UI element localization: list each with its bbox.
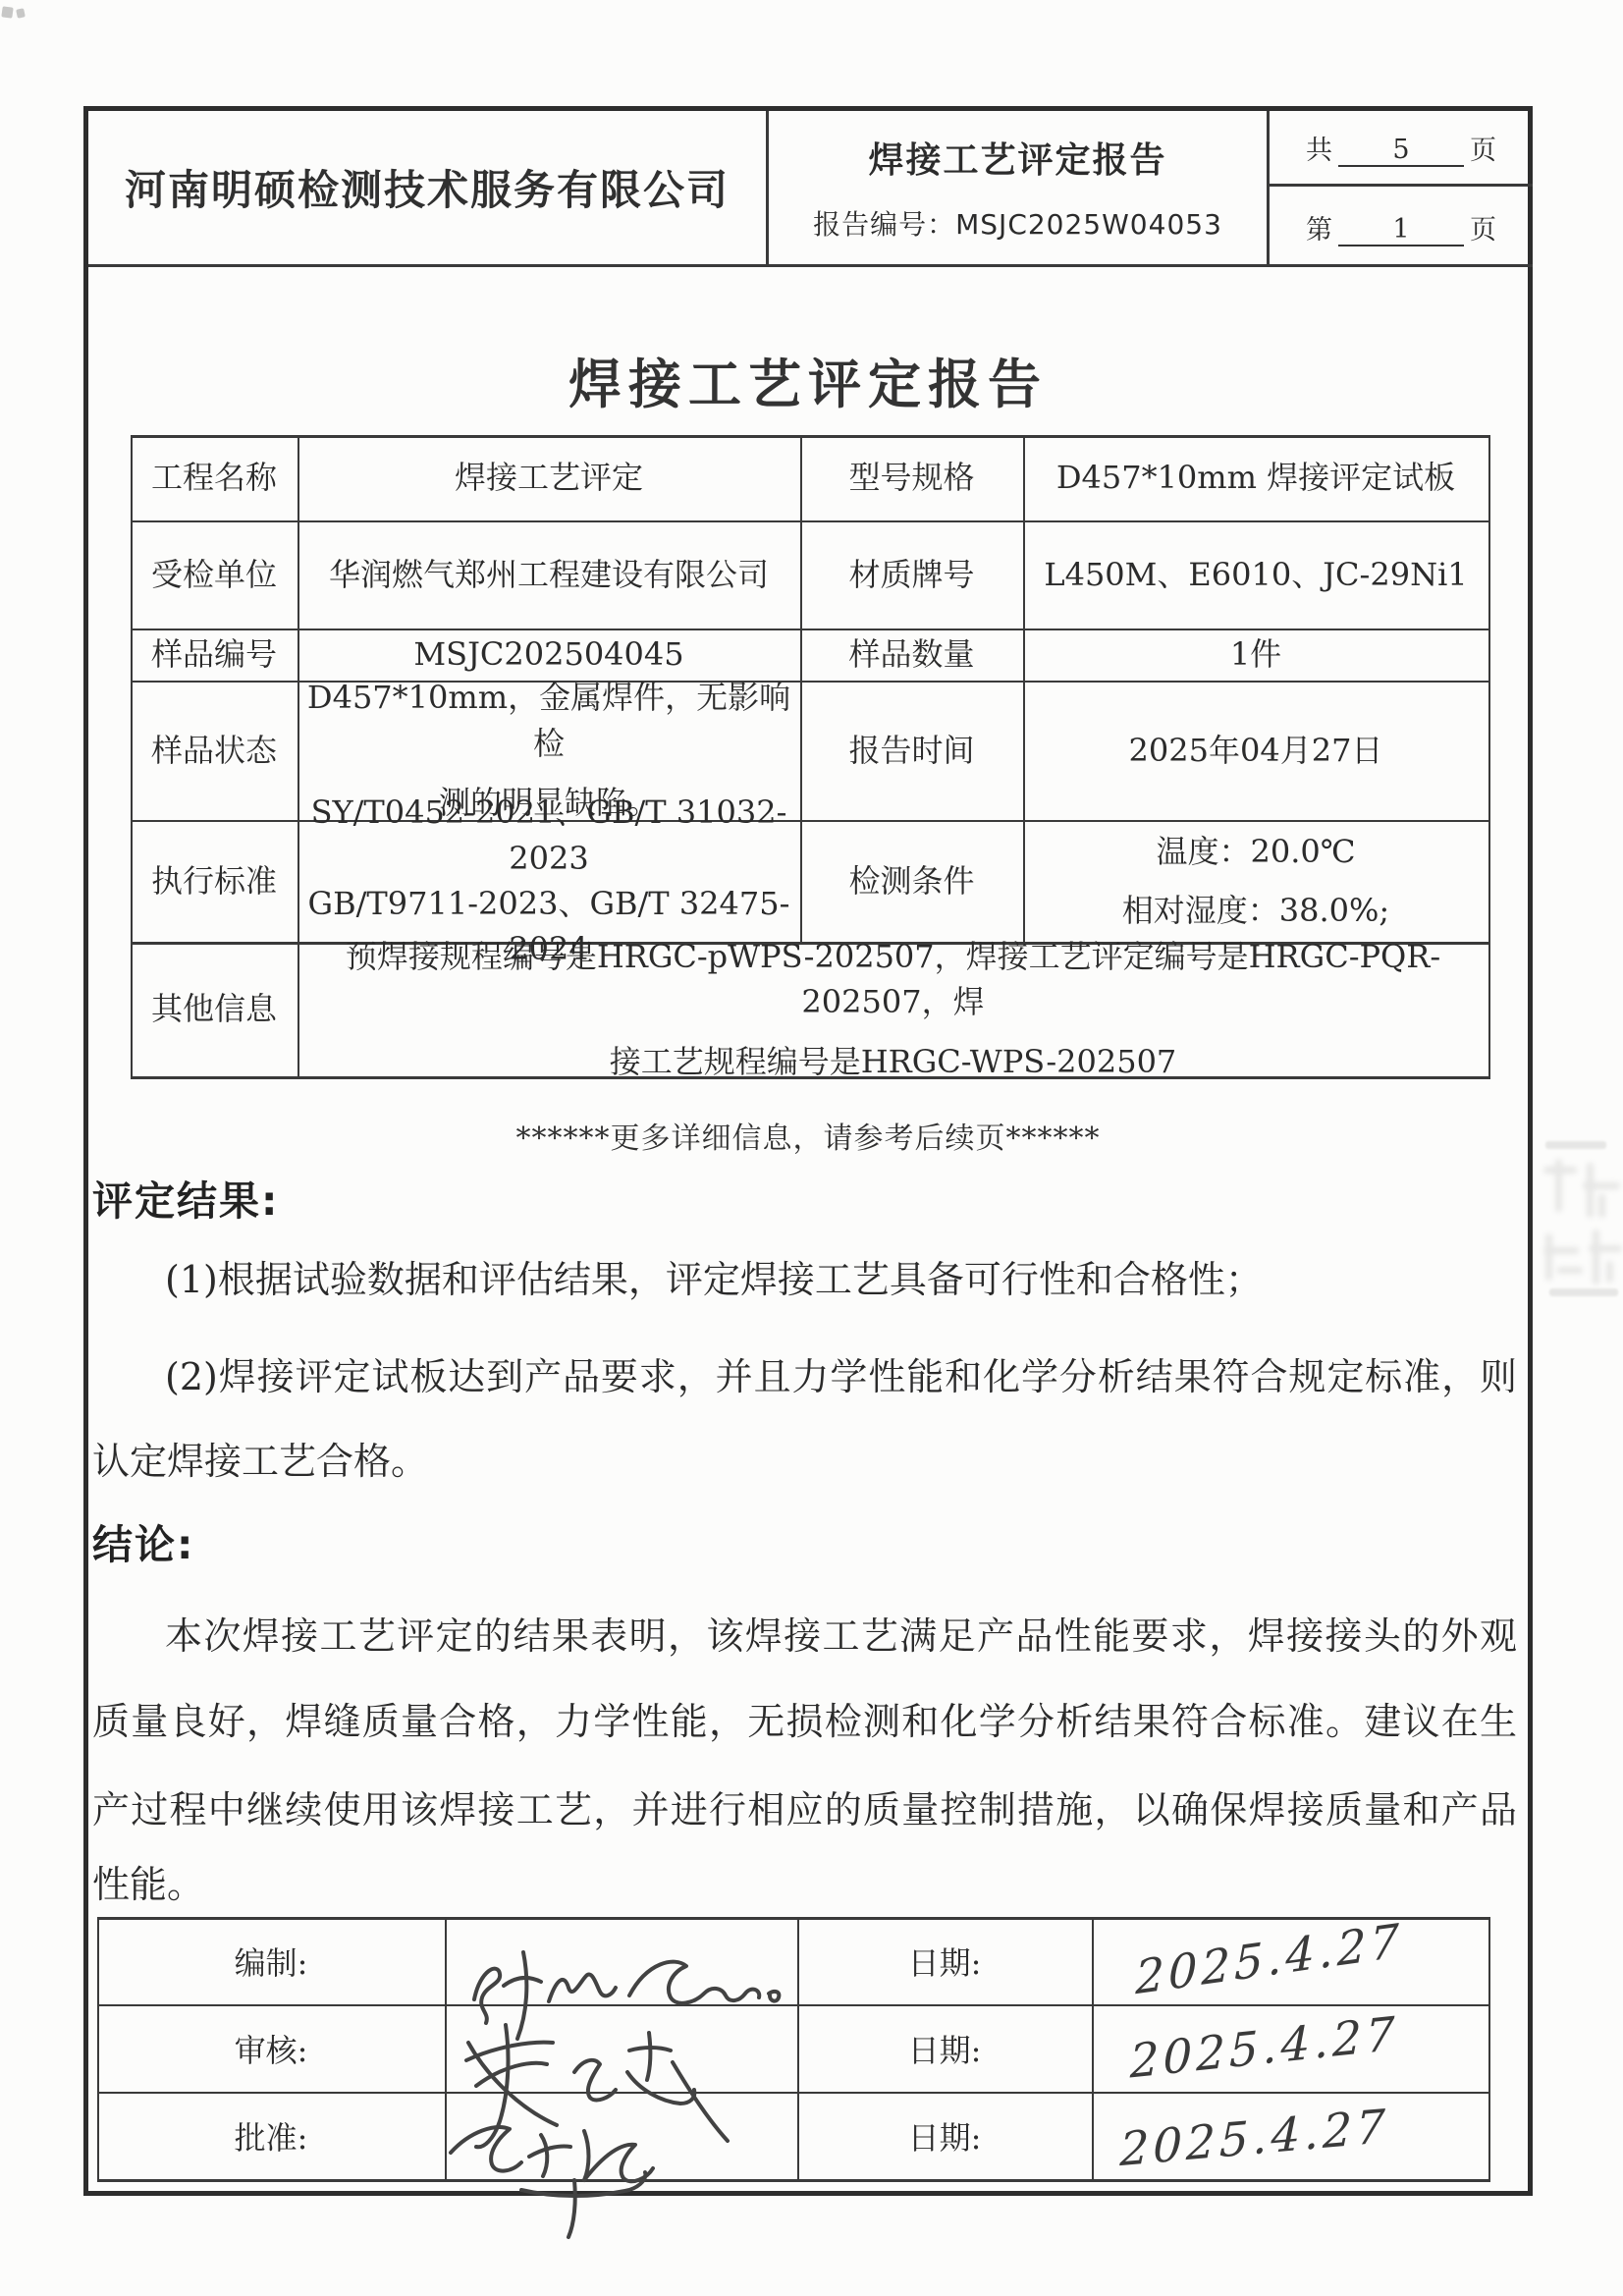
pages-unit: 页 bbox=[1470, 208, 1496, 246]
total-pages-label: 共 bbox=[1306, 129, 1332, 167]
label-sample-condition: 样品状态 bbox=[131, 681, 298, 820]
scan-speck-artifact bbox=[1, 6, 13, 18]
value-inspected-unit: 华润燃气郑州工程建设有限公司 bbox=[298, 520, 800, 629]
temperature-value: 温度：20.0℃ bbox=[1156, 829, 1355, 874]
assessment-heading: 评定结果: bbox=[92, 1169, 279, 1227]
label-inspected-unit: 受检单位 bbox=[131, 520, 298, 629]
value-other-info: 预焊接规程编号是HRGC-pWPS-202507，焊接工艺评定编号是HRGC-P… bbox=[298, 942, 1488, 1076]
label-report-date: 报告时间 bbox=[800, 681, 1023, 820]
current-page: 第 1 页 bbox=[1270, 208, 1533, 246]
bleedthrough-artifact bbox=[1543, 1228, 1623, 1286]
total-pages-value: 5 bbox=[1338, 136, 1464, 167]
bleedthrough-artifact bbox=[1540, 1159, 1623, 1220]
standards-line1: SY/T0452-2021、GB/T 31032-2023 bbox=[298, 790, 800, 881]
report-number-label: 报告编号： bbox=[813, 208, 955, 241]
total-pages: 共 5 页 bbox=[1270, 129, 1533, 167]
label-date-1: 日期: bbox=[797, 1917, 1092, 2004]
label-sample-number: 样品编号 bbox=[131, 629, 298, 681]
header-current-page-cell: 第 1 页 bbox=[1270, 190, 1533, 267]
bleedthrough-artifact bbox=[1545, 1141, 1606, 1149]
label-approved-by: 批准: bbox=[97, 2092, 445, 2179]
conclusion-heading: 结论: bbox=[92, 1512, 194, 1570]
header-total-pages-cell: 共 5 页 bbox=[1270, 111, 1533, 187]
label-prepared-by: 编制: bbox=[97, 1917, 445, 2004]
header-company-cell: 河南明硕检测技术服务有限公司 bbox=[88, 111, 769, 267]
current-page-value: 1 bbox=[1338, 215, 1464, 246]
conclusion-line3: 产过程中继续使用该焊接工艺，并进行相应的质量控制措施，以确保焊接质量和产品 bbox=[92, 1779, 1517, 1833]
scan-speck-artifact bbox=[16, 8, 26, 18]
pages-unit: 页 bbox=[1470, 129, 1496, 167]
other-info-line2: 接工艺规程编号是HRGC-WPS-202507 bbox=[610, 1039, 1177, 1084]
report-number: 报告编号：MSJC2025W04053 bbox=[813, 203, 1222, 243]
conclusion-line1: 本次焊接工艺评定的结果表明，该焊接工艺满足产品性能要求，焊接接头的外观 bbox=[165, 1606, 1517, 1660]
other-info-line1: 预焊接规程编号是HRGC-pWPS-202507，焊接工艺评定编号是HRGC-P… bbox=[298, 934, 1488, 1025]
value-sample-number: MSJC202504045 bbox=[298, 629, 800, 681]
humidity-value: 相对湿度：38.0%; bbox=[1122, 888, 1389, 933]
label-material-grade: 材质牌号 bbox=[800, 520, 1023, 629]
sample-condition-line1: D457*10mm，金属焊件，无影响检 bbox=[298, 675, 800, 766]
label-project-name: 工程名称 bbox=[131, 435, 298, 520]
conclusion-line4: 性能。 bbox=[92, 1854, 204, 1908]
signature-approved-by-handwriting bbox=[427, 2098, 682, 2215]
value-model-spec: D457*10mm 焊接评定试板 bbox=[1023, 435, 1488, 520]
table-line bbox=[1488, 1917, 1490, 2179]
assessment-line2: (2)焊接评定试板达到产品要求，并且力学性能和化学分析结果符合规定标准，则 bbox=[165, 1346, 1517, 1400]
table-line bbox=[1488, 435, 1490, 1076]
header-doc-type: 焊接工艺评定报告 bbox=[868, 133, 1166, 183]
report-page: 河南明硕检测技术服务有限公司 焊接工艺评定报告 报告编号：MSJC2025W04… bbox=[0, 0, 1623, 2296]
value-material-grade: L450M、E6010、JC-29Ni1 bbox=[1023, 520, 1488, 629]
company-name: 河南明硕检测技术服务有限公司 bbox=[125, 158, 730, 217]
value-report-date: 2025年04月27日 bbox=[1023, 681, 1488, 820]
value-sample-quantity: 1件 bbox=[1023, 629, 1488, 681]
current-page-label: 第 bbox=[1306, 208, 1332, 246]
bleedthrough-artifact bbox=[1549, 1288, 1618, 1296]
more-details-note: ******更多详细信息，请参考后续页****** bbox=[83, 1114, 1533, 1157]
label-test-conditions: 检测条件 bbox=[800, 820, 1023, 942]
label-other-info: 其他信息 bbox=[131, 942, 298, 1076]
assessment-line1: (1)根据试验数据和评估结果，评定焊接工艺具备可行性和合格性； bbox=[165, 1249, 1263, 1303]
value-project-name: 焊接工艺评定 bbox=[298, 435, 800, 520]
value-test-conditions: 温度：20.0℃ 相对湿度：38.0%; bbox=[1023, 820, 1488, 942]
table-line bbox=[97, 2179, 1490, 2182]
table-line bbox=[1092, 1917, 1094, 2179]
conclusion-line2: 质量良好，焊缝质量合格，力学性能，无损检测和化学分析结果符合标准。建议在生 bbox=[92, 1691, 1517, 1745]
label-date-2: 日期: bbox=[797, 2004, 1092, 2092]
label-date-3: 日期: bbox=[797, 2092, 1092, 2179]
label-standards: 执行标准 bbox=[131, 820, 298, 942]
label-reviewed-by: 审核: bbox=[97, 2004, 445, 2092]
assessment-line3: 认定焊接工艺合格。 bbox=[92, 1431, 428, 1485]
page-title: 焊接工艺评定报告 bbox=[83, 346, 1533, 422]
value-standards: SY/T0452-2021、GB/T 31032-2023 GB/T9711-2… bbox=[298, 820, 800, 942]
label-sample-quantity: 样品数量 bbox=[800, 629, 1023, 681]
header-doc-cell: 焊接工艺评定报告 报告编号：MSJC2025W04053 bbox=[769, 111, 1270, 267]
label-model-spec: 型号规格 bbox=[800, 435, 1023, 520]
report-number-value: MSJC2025W04053 bbox=[955, 208, 1222, 241]
